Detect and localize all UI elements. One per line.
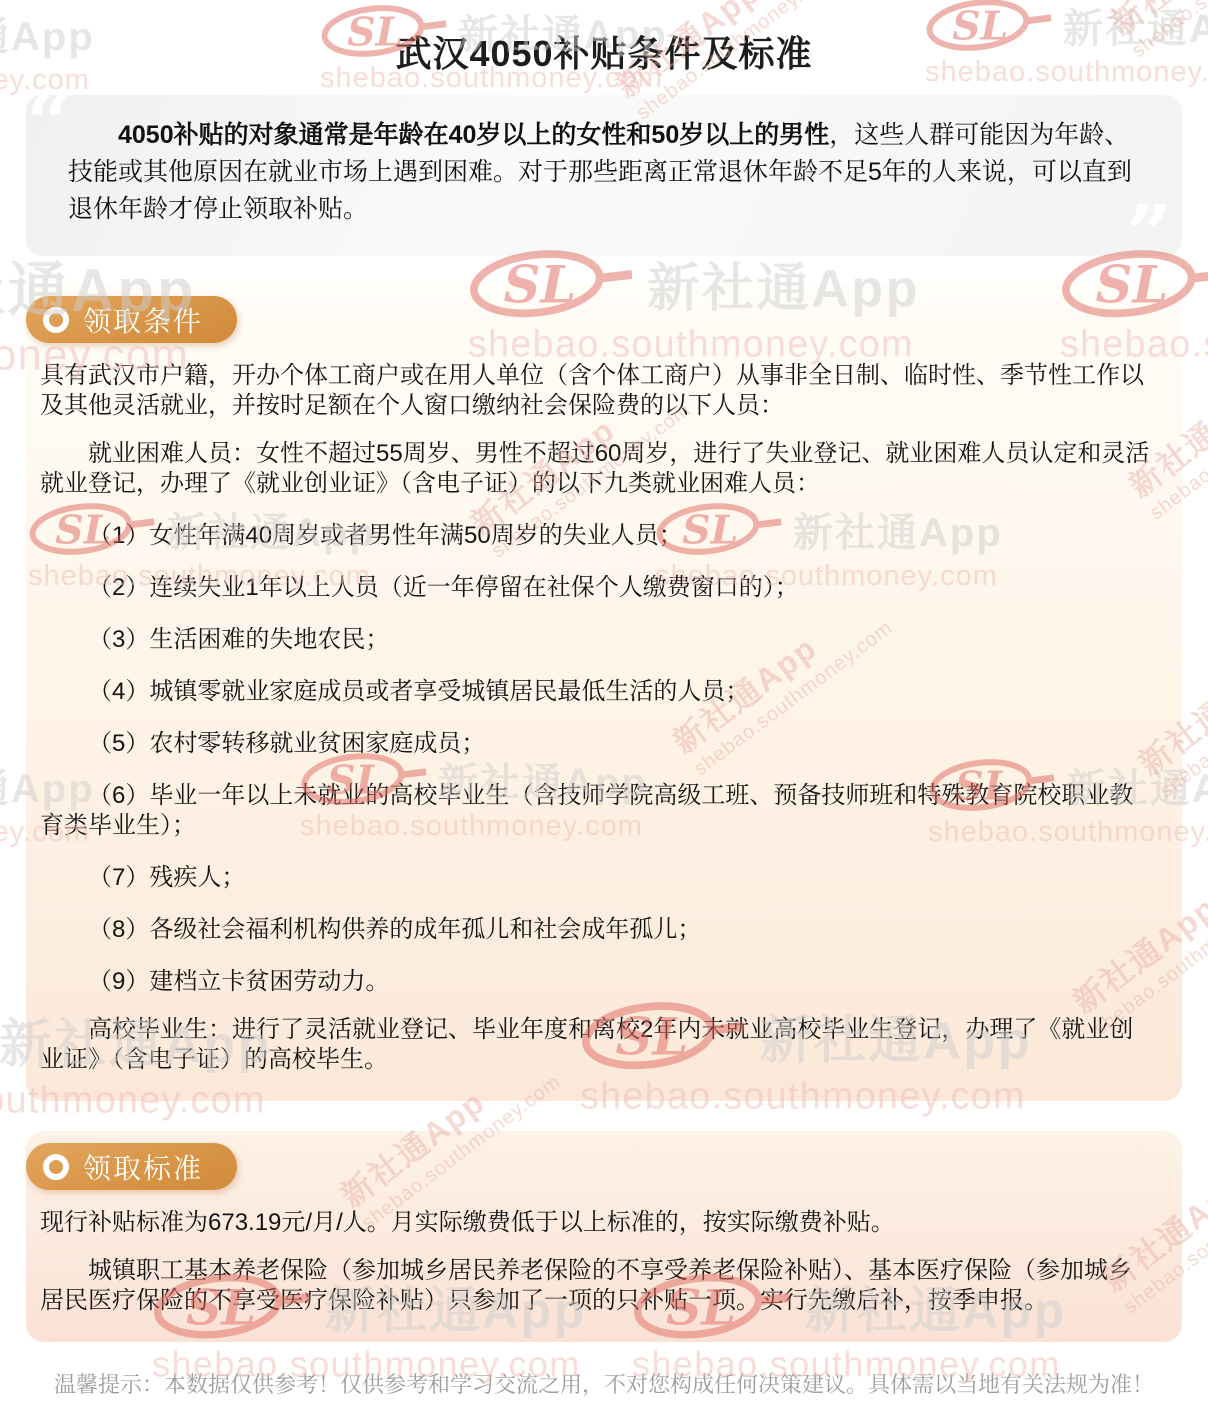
list-item: （1）女性年满40周岁或者男性年满50周岁的失业人员；: [40, 521, 1152, 551]
circle-ring-icon: [43, 307, 69, 333]
list-item: （5）农村零转移就业贫困家庭成员；: [40, 729, 1152, 759]
list-item: （9）建档立卡贫困劳动力。: [40, 967, 1152, 997]
intro-paragraph: 4050补贴的对象通常是年龄在40岁以上的女性和50岁以上的男性，这些人群可能因…: [68, 117, 1140, 228]
paragraph: 现行补贴标准为673.19元/月/人。月实际缴费低于以上标准的，按实际缴费补贴。: [40, 1208, 1152, 1238]
list-item: （3）生活困难的失地农民；: [40, 625, 1152, 655]
section-conditions: 领取条件 具有武汉市户籍，开办个体工商户或在用人单位（含个体工商户）从事非全日制…: [26, 284, 1182, 1101]
intro-lead-text: 4050补贴的对象通常是年龄在40岁以上的女性和50岁以上的男性: [118, 121, 829, 149]
page-title: 武汉4050补贴条件及标准: [0, 26, 1208, 77]
list-item: （8）各级社会福利机构供养的成年孤儿和社会成年孤儿；: [40, 915, 1152, 945]
article: 武汉4050补贴条件及标准 “ 4050补贴的对象通常是年龄在40岁以上的女性和…: [0, 26, 1208, 1399]
paragraph: 就业困难人员：女性不超过55周岁、男性不超过60周岁，进行了失业登记、就业困难人…: [40, 439, 1152, 499]
paragraph: 具有武汉市户籍，开办个体工商户或在用人单位（含个体工商户）从事非全日制、临时性、…: [40, 361, 1152, 421]
list-item: （7）残疾人；: [40, 863, 1152, 893]
footer-disclaimer: 温馨提示：本数据仅供参考！仅供参考和学习交流之用，不对您构成任何决策建议。具体需…: [0, 1368, 1208, 1399]
paragraph: 城镇职工基本养老保险（参加城乡居民养老保险的不享受养老保险补贴）、基本医疗保险（…: [40, 1256, 1152, 1316]
section-label: 领取条件: [83, 300, 203, 340]
list-item: （2）连续失业1年以上人员（近一年停留在社保个人缴费窗口的）；: [40, 573, 1152, 603]
section-standard: 领取标准 现行补贴标准为673.19元/月/人。月实际缴费低于以上标准的，按实际…: [26, 1131, 1182, 1342]
section-badge-standard: 领取标准: [26, 1143, 237, 1190]
list-item: （6）毕业一年以上未就业的高校毕业生（含技师学院高级工班、预备技师班和特殊教育院…: [40, 781, 1152, 841]
circle-ring-icon: [43, 1154, 69, 1180]
paragraph: 高校毕业生：进行了灵活就业登记、毕业年度和离校2年内未就业高校毕业生登记，办理了…: [40, 1015, 1152, 1075]
intro-quote-box: “ 4050补贴的对象通常是年龄在40岁以上的女性和50岁以上的男性，这些人群可…: [26, 95, 1182, 256]
section-badge-conditions: 领取条件: [26, 296, 237, 343]
open-quote-icon: “: [26, 83, 72, 163]
section-label: 领取标准: [83, 1147, 203, 1187]
list-item: （4）城镇零就业家庭成员或者享受城镇居民最低生活的人员；: [40, 677, 1152, 707]
